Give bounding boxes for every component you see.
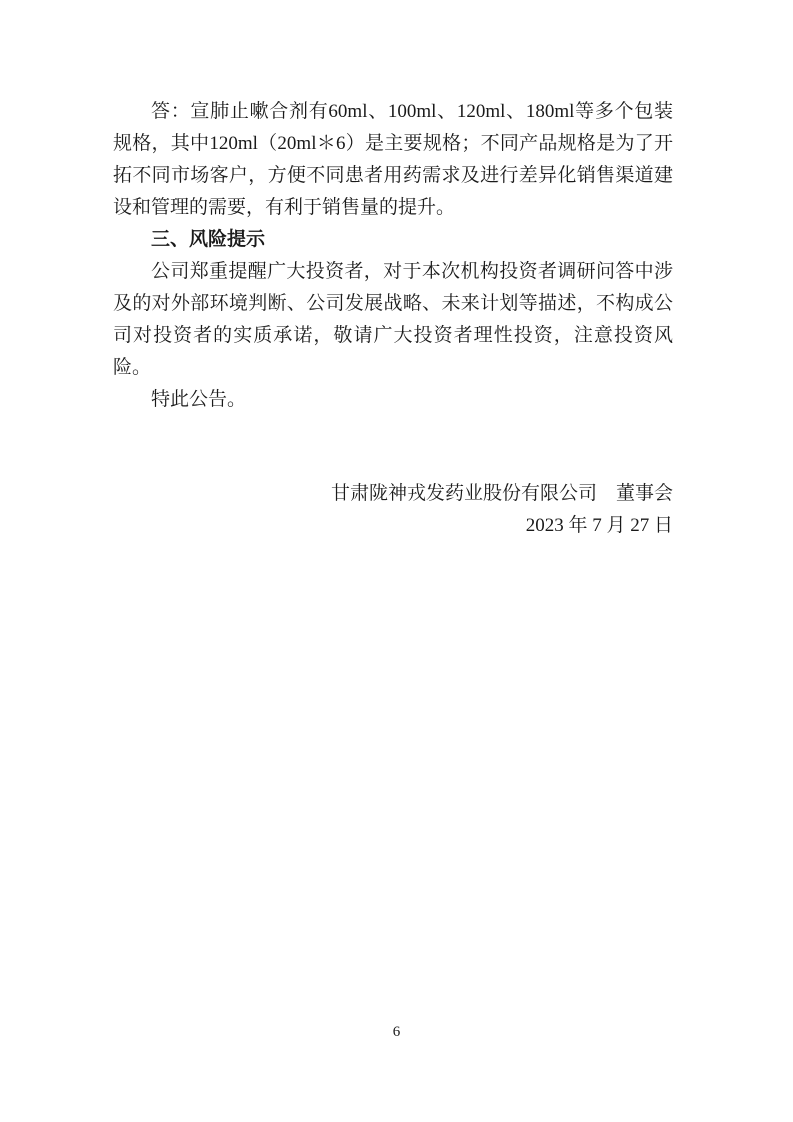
signature-company: 甘肃陇神戎发药业股份有限公司 董事会 xyxy=(113,478,673,510)
signature-date: 2023 年 7 月 27 日 xyxy=(113,510,673,542)
closing-line: 特此公告。 xyxy=(113,384,673,416)
answer-paragraph: 答：宣肺止嗽合剂有60ml、100ml、120ml、180ml等多个包装规格，其… xyxy=(113,96,673,224)
risk-paragraph: 公司郑重提醒广大投资者，对于本次机构投资者调研问答中涉及的对外部环境判断、公司发… xyxy=(113,256,673,384)
signature-block: 甘肃陇神戎发药业股份有限公司 董事会 2023 年 7 月 27 日 xyxy=(113,478,673,542)
document-page: 答：宣肺止嗽合剂有60ml、100ml、120ml、180ml等多个包装规格，其… xyxy=(0,0,793,1122)
page-number: 6 xyxy=(0,1022,793,1042)
document-body: 答：宣肺止嗽合剂有60ml、100ml、120ml、180ml等多个包装规格，其… xyxy=(113,96,673,542)
section-heading-risk: 三、风险提示 xyxy=(113,224,673,256)
